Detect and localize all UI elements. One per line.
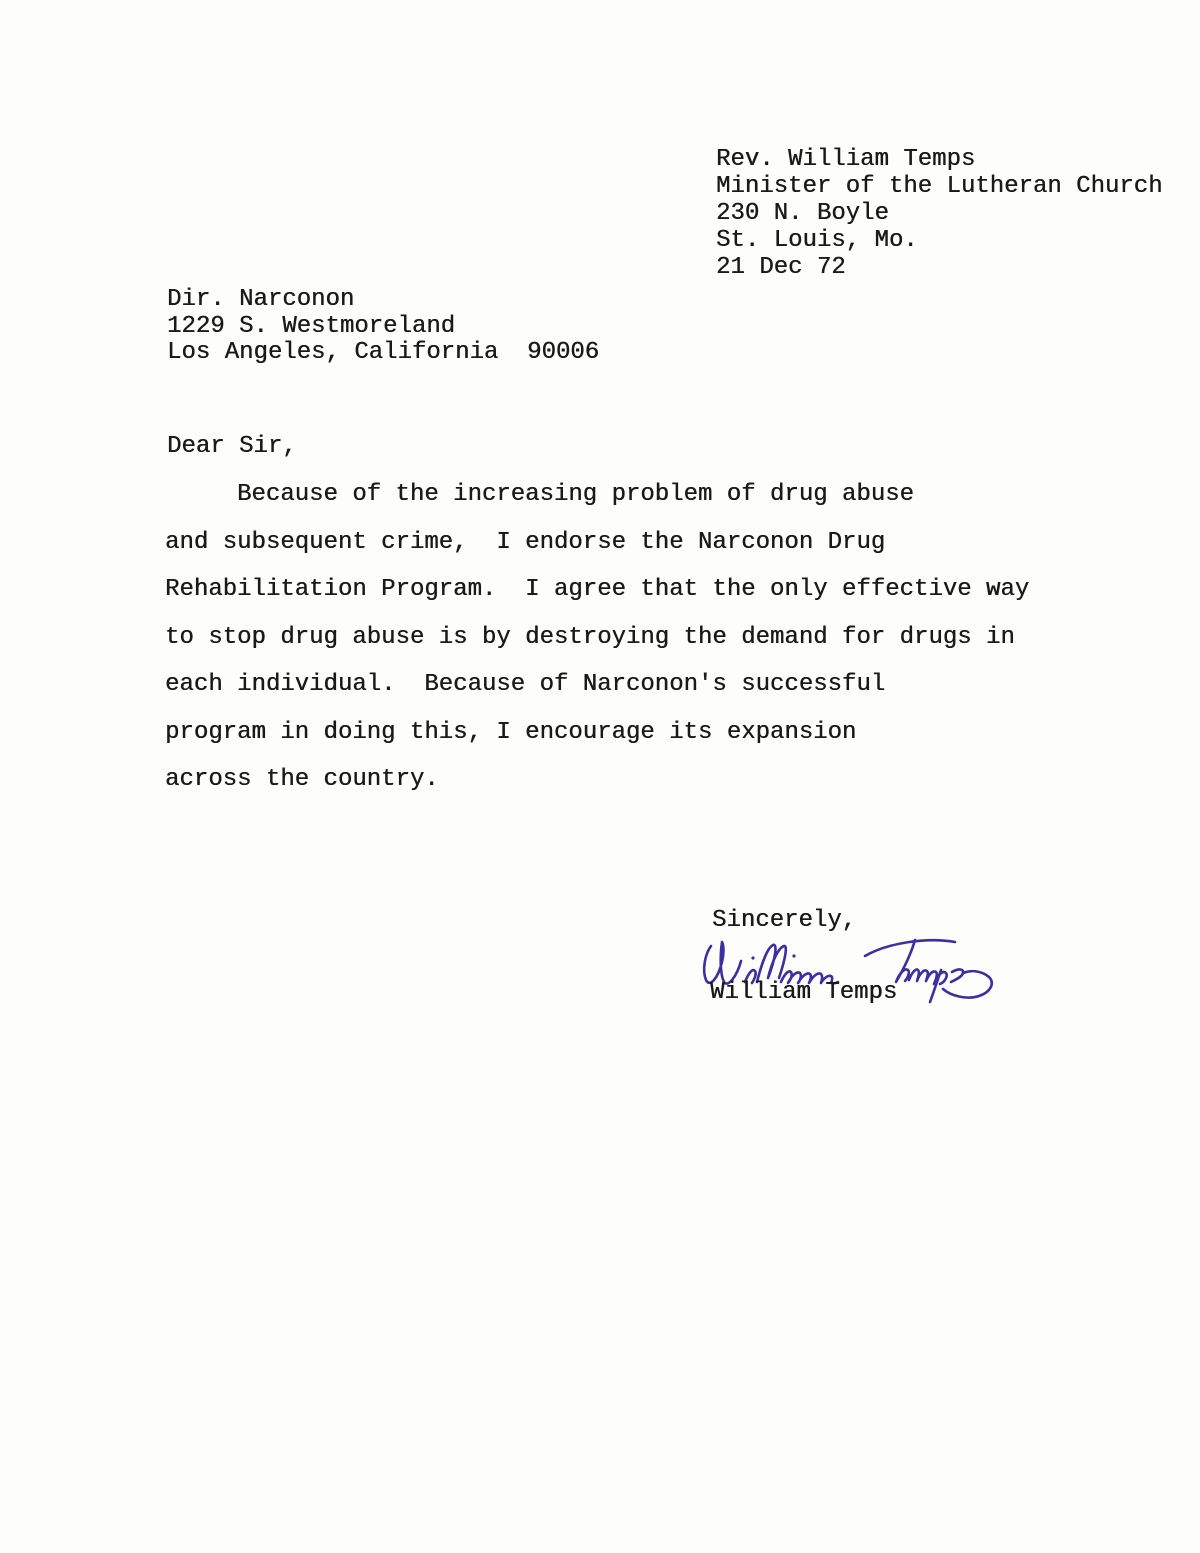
body-line: and subsequent crime, I endorse the Narc…	[165, 519, 1065, 567]
body-line: Rehabilitation Program. I agree that the…	[165, 566, 1065, 614]
sender-name: Rev. William Temps	[716, 146, 1162, 173]
letter-body: Because of the increasing problem of dru…	[165, 471, 1065, 804]
recipient-name: Dir. Narconon	[167, 287, 599, 314]
sender-address-block: Rev. William Temps Minister of the Luthe…	[716, 146, 1162, 281]
recipient-address-block: Dir. Narconon 1229 S. Westmoreland Los A…	[167, 287, 599, 367]
letter-date: 21 Dec 72	[716, 254, 1162, 281]
recipient-street: 1229 S. Westmoreland	[167, 314, 599, 341]
typed-signature-name: William Temps	[710, 979, 897, 1007]
sender-title: Minister of the Lutheran Church	[716, 173, 1162, 200]
body-line: across the country.	[165, 756, 1065, 804]
body-line: Because of the increasing problem of dru…	[165, 471, 1065, 519]
letter-page: Rev. William Temps Minister of the Luthe…	[0, 0, 1200, 1553]
body-line: to stop drug abuse is by destroying the …	[165, 614, 1065, 662]
body-line: program in doing this, I encourage its e…	[165, 709, 1065, 757]
body-line: each individual. Because of Narconon's s…	[165, 661, 1065, 709]
sender-street: 230 N. Boyle	[716, 200, 1162, 227]
salutation: Dear Sir,	[167, 433, 297, 461]
recipient-city: Los Angeles, California 90006	[167, 340, 599, 367]
sender-city: St. Louis, Mo.	[716, 227, 1162, 254]
